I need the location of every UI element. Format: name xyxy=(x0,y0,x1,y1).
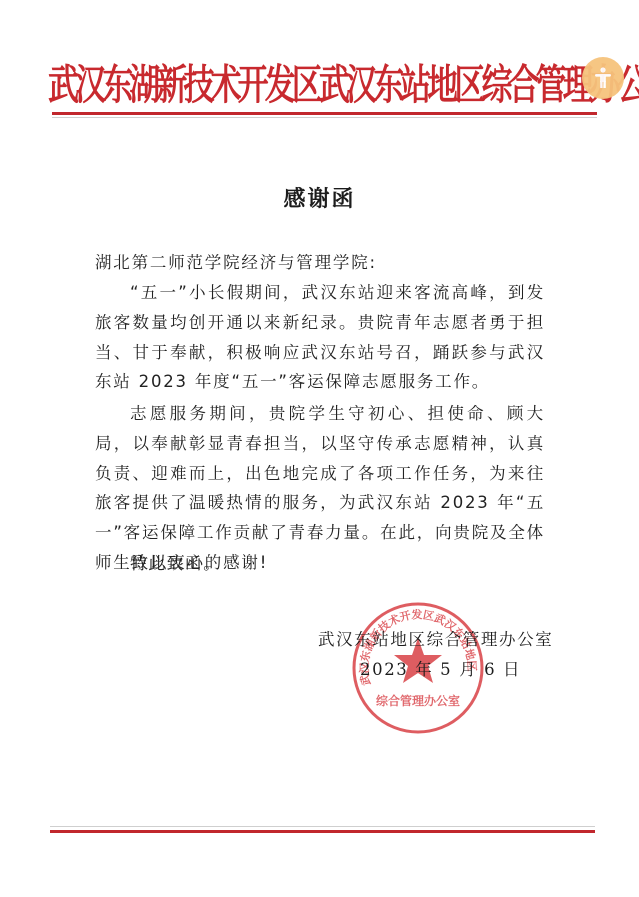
signature-organization: 武汉东站地区综合管理办公室 xyxy=(318,626,553,650)
letterhead-title: 武汉东湖新技术开发区武汉东站地区综合管理办公室 xyxy=(48,52,521,119)
svg-text:综合管理办公室: 综合管理办公室 xyxy=(376,693,460,708)
closing-line: 特此致函。 xyxy=(95,549,545,579)
accessibility-button[interactable] xyxy=(582,57,624,99)
letterhead-red-divider xyxy=(52,112,597,115)
document-title: 感谢函 xyxy=(0,182,639,213)
paragraph-1: “五一”小长假期间，武汉东站迎来客流高峰，到发旅客数量均创开通以来新纪录。贵院青… xyxy=(95,278,545,397)
accessibility-person-icon xyxy=(594,67,612,89)
salutation: 湖北第二师范学院经济与管理学院: xyxy=(95,248,545,278)
footer-grey-divider xyxy=(50,826,595,827)
letterhead-grey-divider xyxy=(52,117,597,118)
footer-red-divider xyxy=(50,830,595,833)
signature-date: 2023 年 5 月 6 日 xyxy=(360,656,521,680)
